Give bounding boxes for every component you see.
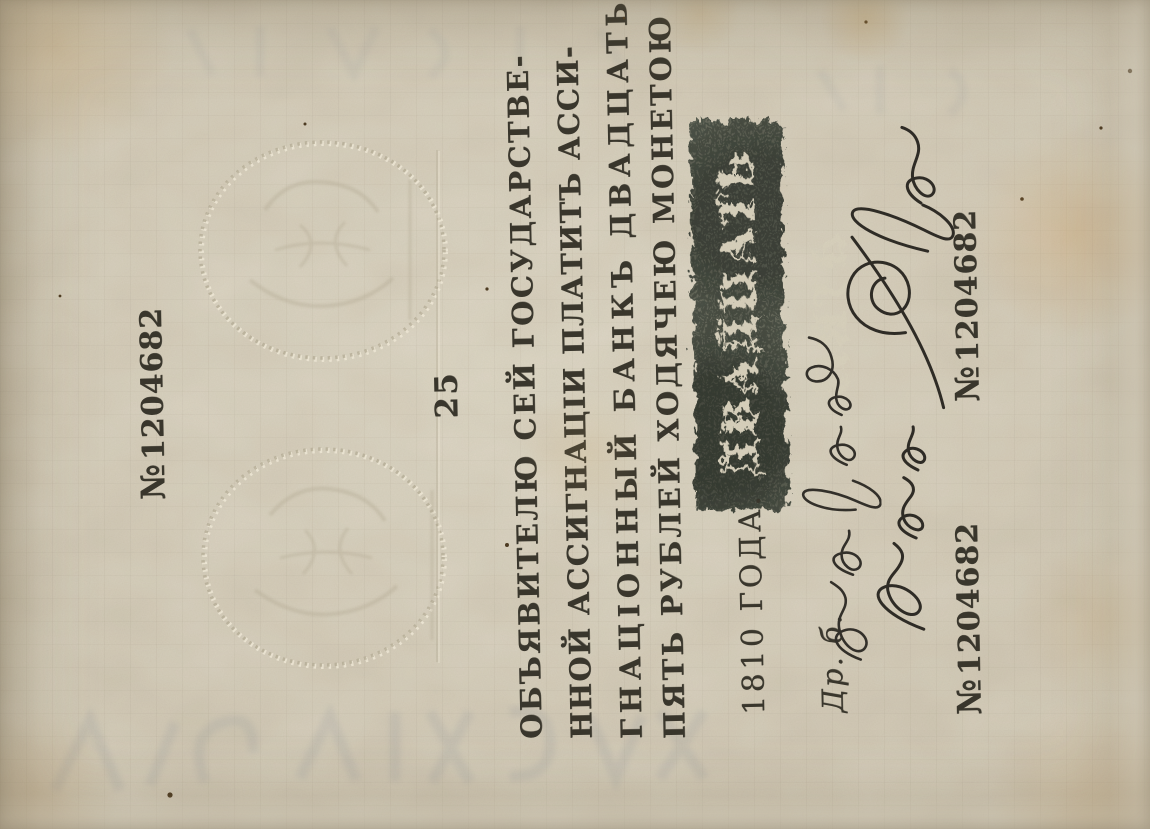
serial-number-left: №1204682 [129,330,175,501]
serial-prefix: № [133,463,173,501]
watermark-oval-bottom [203,449,445,667]
banknote-scan: ОБЪЯВИТЕЛЮ СЕЙ ГОСУДАРСТВЕ- ННОЙ АССИГНА… [0,0,1150,829]
director-signature [825,101,974,644]
serial-digits: 1204682 [134,307,172,461]
payment-clause-line-1: ОБЪЯВИТЕЛЮ СЕЙ ГОСУДАРСТВЕ- [495,89,555,740]
year-line: 1810 ГОДА. [731,505,775,716]
payment-clause-line-2: ННОЙ АССИГНАЦІИ ПЛАТИТЪ АССИ- [545,89,605,740]
denomination-numeral: 25 [426,363,467,428]
denomination-stamp: ДВАДЦАТЬ ПЯТЬ [687,122,786,514]
watermark-oval-top [200,142,446,360]
serial-prefix: № [949,678,989,716]
